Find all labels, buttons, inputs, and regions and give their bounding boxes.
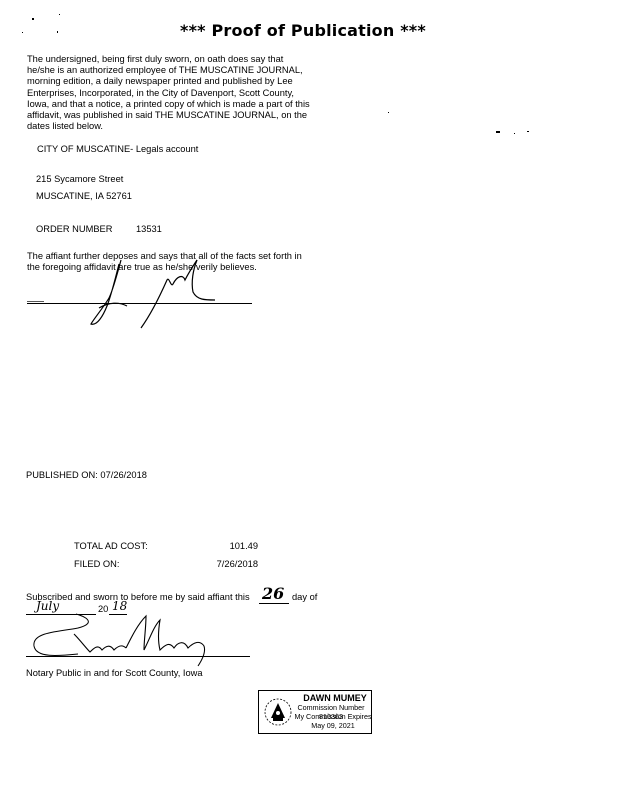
filed-on-value: 7/26/2018 — [200, 559, 258, 570]
total-ad-cost-label: TOTAL AD COST: — [74, 541, 148, 552]
scan-artifact — [527, 131, 529, 132]
account-name: CITY OF MUSCATINE- Legals account — [37, 144, 198, 155]
address-line-2: MUSCATINE, IA 52761 — [36, 191, 132, 202]
scan-artifact — [32, 18, 34, 20]
affidavit-line: Iowa, and that a notice, a printed copy … — [27, 99, 337, 110]
scan-artifact — [514, 133, 515, 134]
scan-artifact — [59, 14, 60, 15]
order-number-value: 13531 — [136, 224, 162, 235]
published-on: PUBLISHED ON: 07/26/2018 — [26, 470, 147, 481]
stamp-expires-date: May 09, 2021 — [293, 721, 373, 730]
document-title: *** Proof of Publication *** — [10, 21, 617, 40]
affidavit-line: dates listed below. — [27, 121, 337, 132]
address-line-1: 215 Sycamore Street — [36, 174, 123, 185]
affidavit-line: The undersigned, being first duly sworn,… — [27, 54, 337, 65]
notary-signature — [28, 612, 228, 668]
scan-artifact — [496, 131, 500, 133]
handwritten-day: 26 — [262, 584, 284, 603]
published-on-label: PUBLISHED ON: — [26, 470, 98, 480]
affidavit-line: Enterprises, Incorporated, in the City o… — [27, 88, 337, 99]
order-number-label: ORDER NUMBER — [36, 224, 112, 235]
affiant-signature — [85, 250, 225, 330]
scan-artifact — [27, 301, 44, 302]
filed-on-label: FILED ON: — [74, 559, 119, 570]
affidavit-line: affidavit, was published in said THE MUS… — [27, 110, 337, 121]
affidavit-line: morning edition, a daily newspaper print… — [27, 76, 337, 87]
total-ad-cost-value: 101.49 — [200, 541, 258, 552]
published-on-value: 07/26/2018 — [100, 470, 147, 480]
affidavit-line: he/she is an authorized employee of THE … — [27, 65, 337, 76]
day-blank — [259, 603, 289, 604]
stamp-expires-label: My Commission Expires — [293, 712, 373, 721]
notary-caption: Notary Public in and for Scott County, I… — [26, 668, 203, 679]
affidavit-paragraph: The undersigned, being first duly sworn,… — [27, 54, 337, 132]
handwritten-month: July — [36, 599, 59, 613]
subscribed-prefix: Subscribed and sworn to before me by sai… — [26, 592, 250, 603]
stamp-notary-name: DAWN MUMEY — [299, 693, 371, 703]
subscribed-suffix: day of — [292, 592, 317, 603]
scan-artifact — [388, 112, 389, 113]
notary-stamp: DAWN MUMEY Commission Number 810363 My C… — [258, 690, 372, 734]
notary-signature-line — [26, 656, 250, 657]
handwritten-year: 18 — [112, 599, 127, 613]
